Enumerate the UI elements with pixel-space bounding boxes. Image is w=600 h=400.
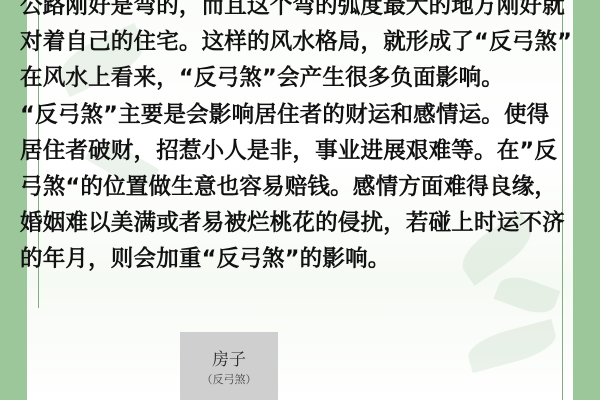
text-line: 弓煞“的位置做生意也容易赔钱。感情方面难得良缘， (20, 169, 572, 205)
text-line: 公路刚好是弯的，而且这个弯的弧度最大的地方刚好就 (20, 0, 572, 24)
article-text: 公路刚好是弯的，而且这个弯的弧度最大的地方刚好就 对着自己的住宅。这样的风水格局… (20, 0, 572, 278)
text-line: “反弓煞”主要是会影响居住者的财运和感情运。使得 (20, 97, 572, 133)
text-line: 对着自己的住宅。这样的风水格局，就形成了“反弓煞” (20, 24, 572, 60)
house-label: 房子 (180, 350, 278, 370)
text-line: 的年月，则会加重“反弓煞”的影响。 (20, 241, 572, 277)
text-line: 婚姻难以美满或者易被烂桃花的侵扰，若碰上时运不济 (20, 205, 572, 241)
text-line: 在风水上看来，“反弓煞”会产生很多负面影响。 (20, 60, 572, 96)
leaf-decoration (464, 319, 559, 373)
house-sublabel: （反弓煞） (180, 373, 278, 387)
text-line: 居住者破财，招惹小人是非，事业进展艰难等。在”反 (20, 133, 572, 169)
house-diagram-box: 房子 （反弓煞） (180, 332, 278, 400)
leaf-decoration (494, 271, 561, 320)
right-green-border (573, 0, 600, 400)
